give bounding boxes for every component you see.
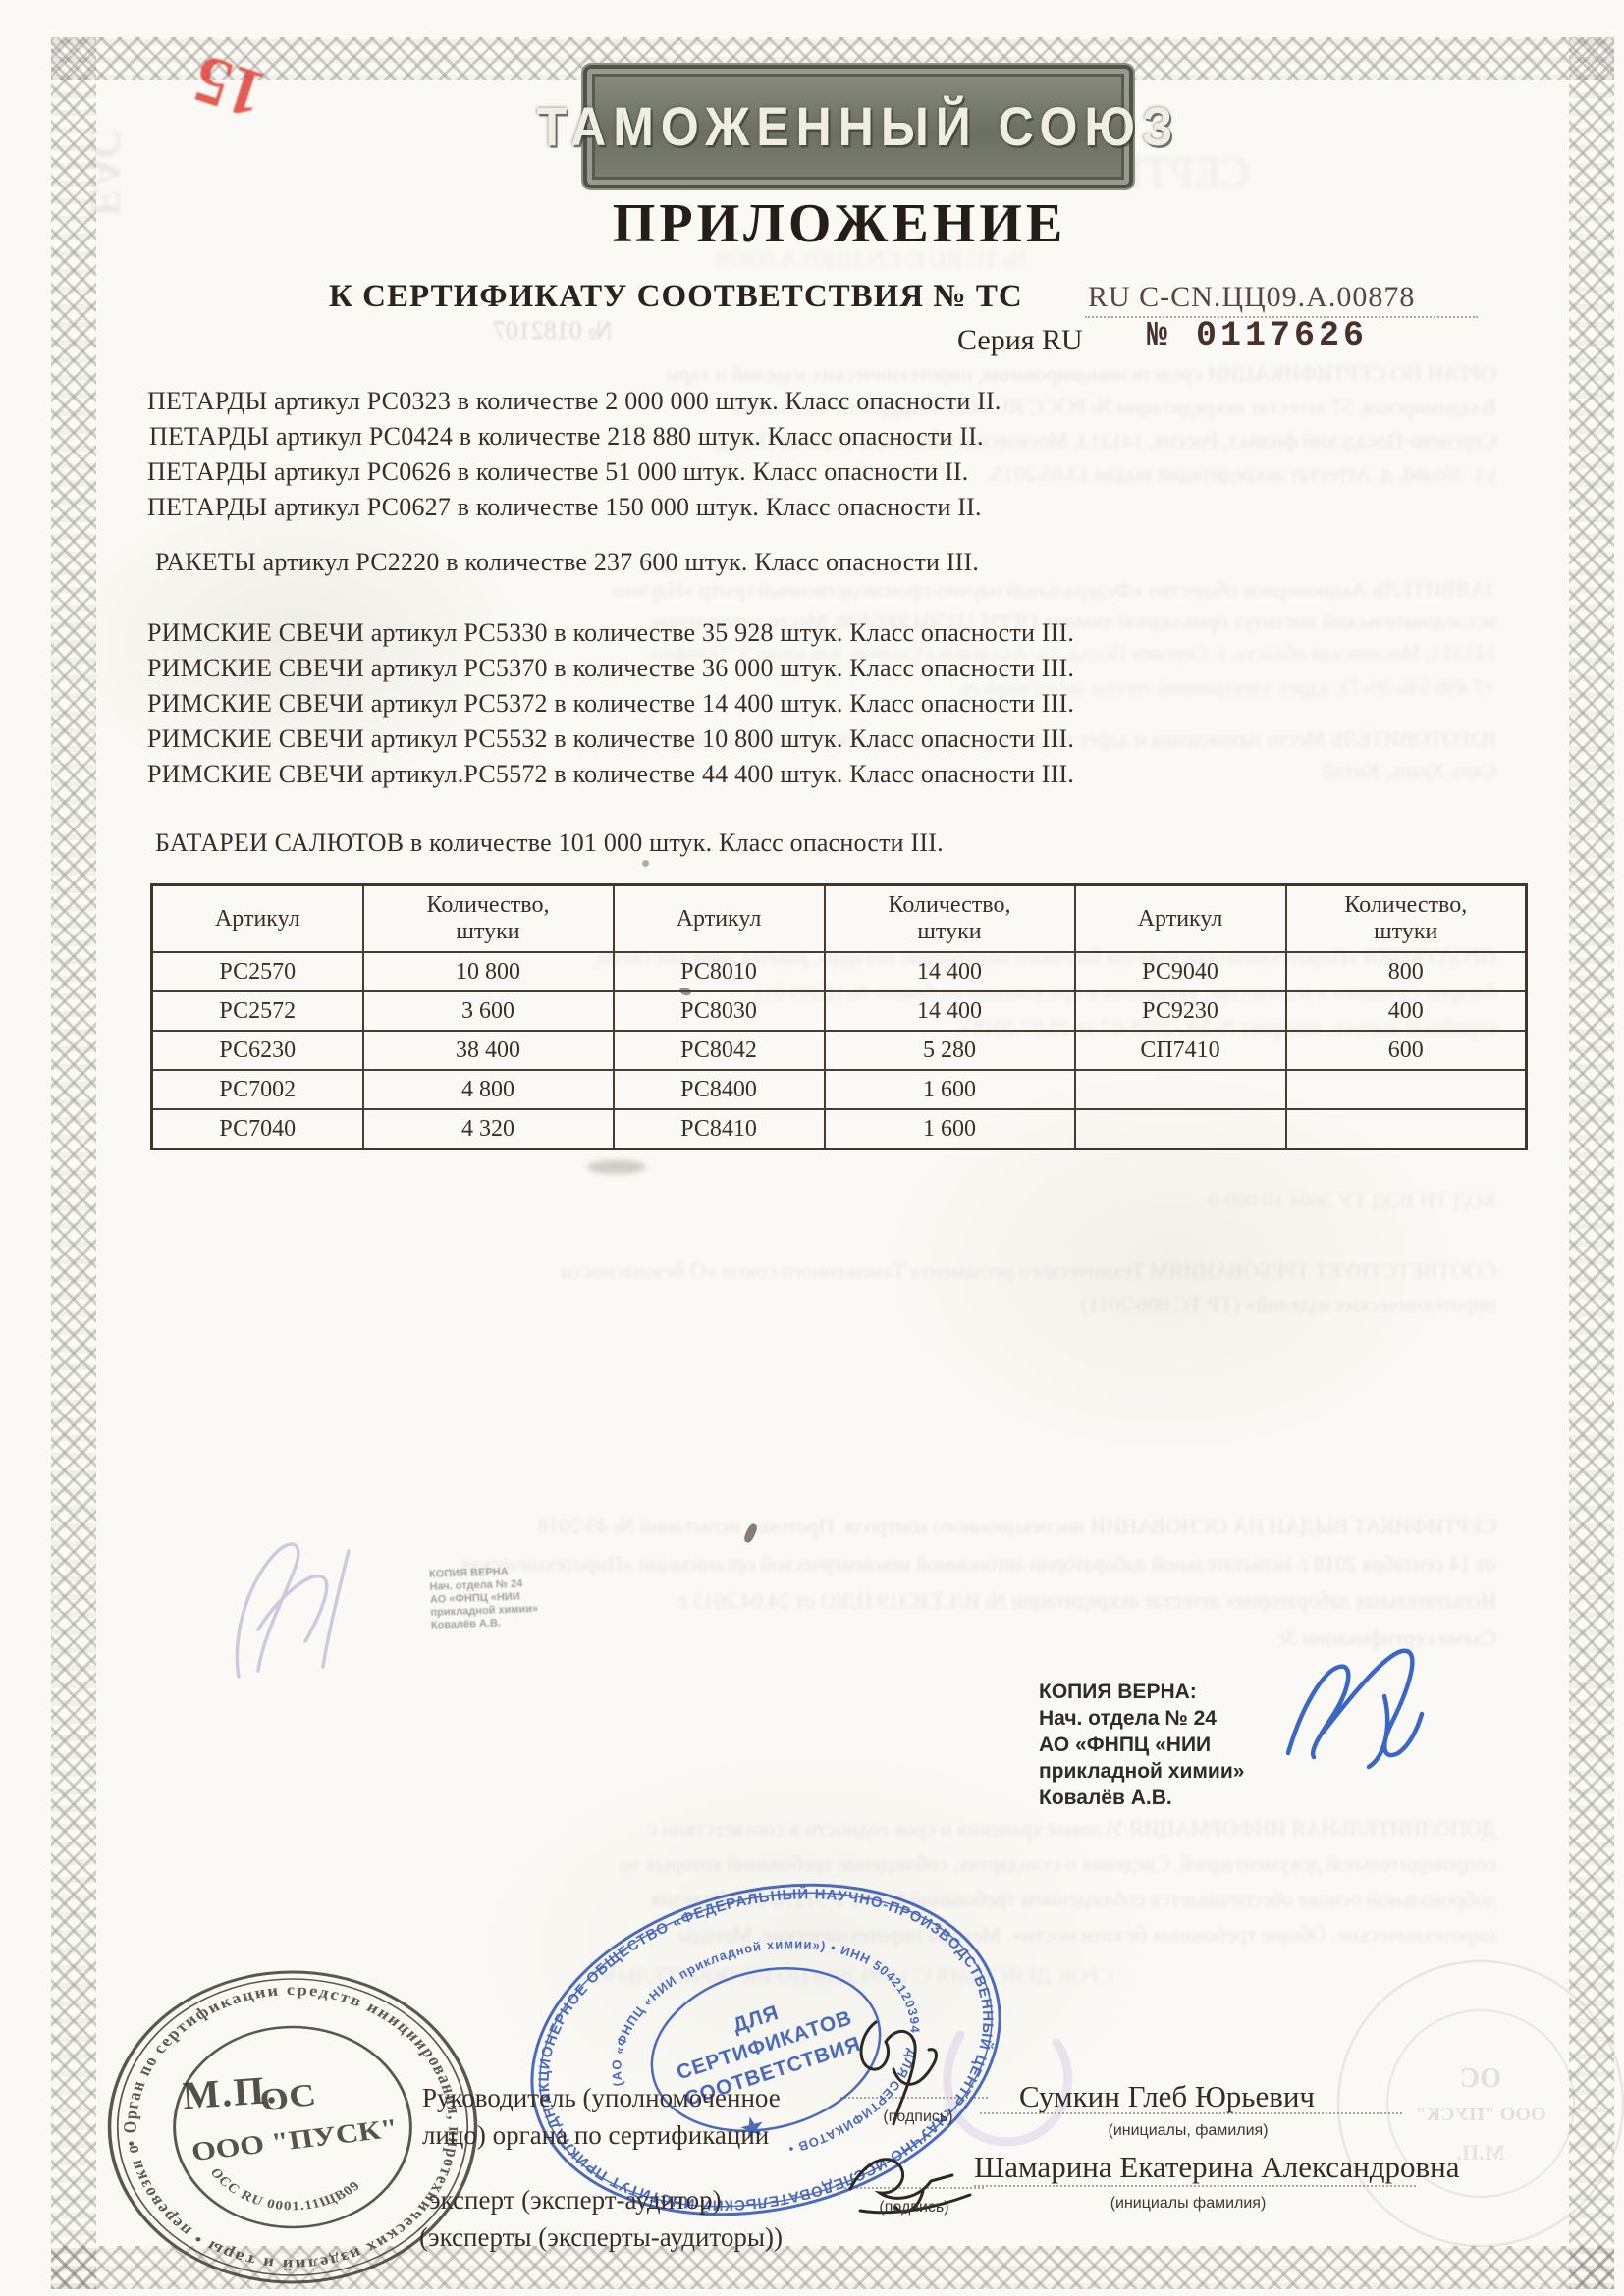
col-header-quantity-line2: штуки [364,919,613,945]
table-cell: 4 320 [363,1109,614,1149]
mp-seal-mark: М.П. [181,2066,279,2119]
bleedthrough-text: ОРГАН ПО СЕРТИФИКАЦИИ средств инициирова… [147,361,1496,387]
table-row: РС257010 800РС801014 400РС9040800 [152,952,1527,991]
table-cell [1075,1109,1286,1149]
table-cell: 1 600 [825,1070,1075,1109]
signature-caption-2: (подпись) [850,2199,978,2216]
ink-speck [642,860,649,867]
col-header-quantity-line1: Количество, [364,892,613,919]
bleedthrough-text: пиротехнических изделий» (ТР ТС 006/2011… [147,1292,1496,1317]
table-row: РС70024 800РС84001 600 [152,1070,1527,1109]
table-cell: 800 [1286,952,1527,991]
table-cell: РС7040 [152,1109,363,1149]
series-label: Серия RU [957,324,1083,357]
ghost-stamp-os: ОС [1460,2063,1501,2094]
table-cell: 400 [1286,991,1527,1031]
customs-union-banner-text: ТАМОЖЕННЫЙ СОЮЗ [537,95,1180,159]
head-of-body-label-line1: Руководитель (уполномоченное [422,2083,781,2113]
col-header-article: Артикул [1075,885,1286,953]
col-header-article: Артикул [614,885,825,953]
copy-note-line-5: Ковалёв А.В. [1039,1785,1244,1811]
ink-smudge [587,1160,646,1174]
copy-note-line-1: КОПИЯ ВЕРНА: [1039,1679,1244,1705]
product-line-roman-candles-4: РИМСКИЕ СВЕЧИ артикул РС5532 в количеств… [147,722,1074,756]
table-cell: РС9230 [1075,991,1286,1031]
expert-name: Шамарина Екатерина Александровна [974,2150,1460,2185]
bleedthrough-text: ЗАЯВИТЕЛЬ Акционерное общество «Федераль… [147,577,1496,603]
product-line-petards-3: ПЕТАРДЫ артикул РС0626 в количестве 51 0… [147,455,969,489]
table-row: РС623038 400РС80425 280СП7410600 [152,1031,1527,1070]
col-header-article: Артикул [152,885,363,953]
scanned-certificate-appendix-page: СЕРТИФИКАТ СООТВЕТСТВИЯ№ ТС RU С-CN.ЦЦ09… [0,0,1624,2296]
bleedthrough-text: № 0182107 [454,316,613,346]
product-line-roman-candles-2: РИМСКИЕ СВЕЧИ артикул РС5370 в количеств… [147,652,1074,685]
table-cell: 5 280 [825,1031,1075,1070]
table-cell [1286,1109,1527,1149]
table-cell [1286,1070,1527,1109]
table-cell: РС8400 [614,1070,825,1109]
table-cell: СП7410 [1075,1031,1286,1070]
bleedthrough-text: СООТВЕТСТВУЕТ ТРЕБОВАНИЯМ Технического р… [147,1258,1496,1284]
signature-caption-1: (подпись) [854,2109,982,2126]
table-cell: РС2572 [152,991,363,1031]
col-header-quantity-line2: штуки [1287,919,1526,945]
expert-label-line1: эксперт (эксперт-аудитор) [429,2185,722,2216]
certificate-number-underline [1085,287,1478,318]
initials-caption-1: (инициалы, фамилия) [992,2122,1384,2140]
table-cell: РС2570 [152,952,363,991]
col-header-quantity-line1: Количество, [826,892,1074,919]
faint-pencil-squiggle [201,1512,407,1698]
appendix-table: Артикул Количество, штуки Артикул Количе… [150,883,1528,1150]
col-header-quantity: Количество, штуки [363,885,614,953]
col-header-quantity-line2: штуки [826,919,1074,945]
table-cell: РС6230 [152,1031,363,1070]
product-line-petards-1: ПЕТАРДЫ артикул РС0323 в количестве 2 00… [147,385,1001,418]
product-line-petards-2: ПЕТАРДЫ артикул РС0424 в количестве 218 … [149,420,984,454]
ghost-stamp-org: ООО "ПУСК" [1415,2104,1545,2125]
subtitle-certificate-reference: К СЕРТИФИКАТУ СООТВЕТСТВИЯ № ТС [329,279,1023,315]
product-line-salute-batteries: БАТАРЕИ САЛЮТОВ в количестве 101 000 шту… [155,827,944,860]
customs-union-banner: ТАМОЖЕННЫЙ СОЮЗ [583,65,1133,188]
black-stamp-center-org: ООО "ПУСК" [189,2114,401,2167]
head-of-body-label-line2: лицо) органа по сертификации [422,2120,769,2151]
kovalev-signature [1267,1637,1463,1785]
product-line-roman-candles-3: РИМСКИЕ СВЕЧИ артикул РС5372 в количеств… [147,687,1074,721]
table-cell: 1 600 [825,1109,1075,1149]
table-cell: 4 800 [363,1070,614,1109]
table-cell: РС8030 [614,991,825,1031]
table-cell: РС8010 [614,952,825,991]
ghost-stamp-mp: М.П. [1457,2140,1505,2164]
product-line-rockets: РАКЕТЫ артикул РС2220 в количестве 237 6… [155,546,979,579]
product-line-roman-candles-1: РИМСКИЕ СВЕЧИ артикул РС5330 в количеств… [147,616,1074,650]
table-cell: 38 400 [363,1031,614,1070]
table-cell: 10 800 [363,952,614,991]
bleedthrough-text: КОД ТН ВЭД ТУ 3604 10 000 0 [147,1188,1496,1213]
copy-note-line-2: Нач. отдела № 24 [1039,1705,1244,1732]
table-cell: 14 400 [825,991,1075,1031]
table-cell: 600 [1286,1031,1527,1070]
col-header-quantity: Количество, штуки [1286,885,1527,953]
table-cell: РС8042 [614,1031,825,1070]
table-cell: РС9040 [1075,952,1286,991]
table-cell: РС7002 [152,1070,363,1109]
table-header-row: Артикул Количество, штуки Артикул Количе… [152,885,1527,953]
product-line-roman-candles-5: РИМСКИЕ СВЕЧИ артикул.РС5572 в количеств… [147,758,1074,791]
head-name: Сумкин Глеб Юрьевич [1019,2079,1315,2114]
table-row: РС70404 320РС84101 600 [152,1109,1527,1149]
name-line-2 [974,2185,1416,2187]
bleedthrough-text: ДОПОЛНИТЕЛЬНАЯ ИНФОРМАЦИЯ Условия хранен… [147,1816,1496,1842]
col-header-quantity-line1: Количество, [1287,892,1526,919]
table-cell [1075,1070,1286,1109]
page-title: ПРИЛОЖЕНИЕ [118,192,1561,255]
col-header-quantity: Количество, штуки [825,885,1075,953]
table-cell: 14 400 [825,952,1075,991]
blank-form-number: № 0117626 [1147,316,1368,355]
table-row: РС25723 600РС803014 400РС9230400 [152,991,1527,1031]
table-cell: 3 600 [363,991,614,1031]
expert-label-line2: (эксперты (эксперты-аудиторы)) [419,2222,783,2253]
table-cell: РС8410 [614,1109,825,1149]
copy-true-note: КОПИЯ ВЕРНА: Нач. отдела № 24 АО «ФНПЦ «… [1039,1679,1244,1811]
copy-note-line-4: прикладной химии» [1039,1758,1244,1785]
ghost-copy-note: КОПИЯ ВЕРНА Нач. отдела № 24 АО «ФНПЦ «Н… [429,1565,539,1632]
product-line-petards-4: ПЕТАРДЫ артикул РС0627 в количестве 150 … [147,491,982,524]
initials-caption-2: (инициалы фамилия) [982,2195,1394,2213]
copy-note-line-3: АО «ФНПЦ «НИИ [1039,1732,1244,1758]
